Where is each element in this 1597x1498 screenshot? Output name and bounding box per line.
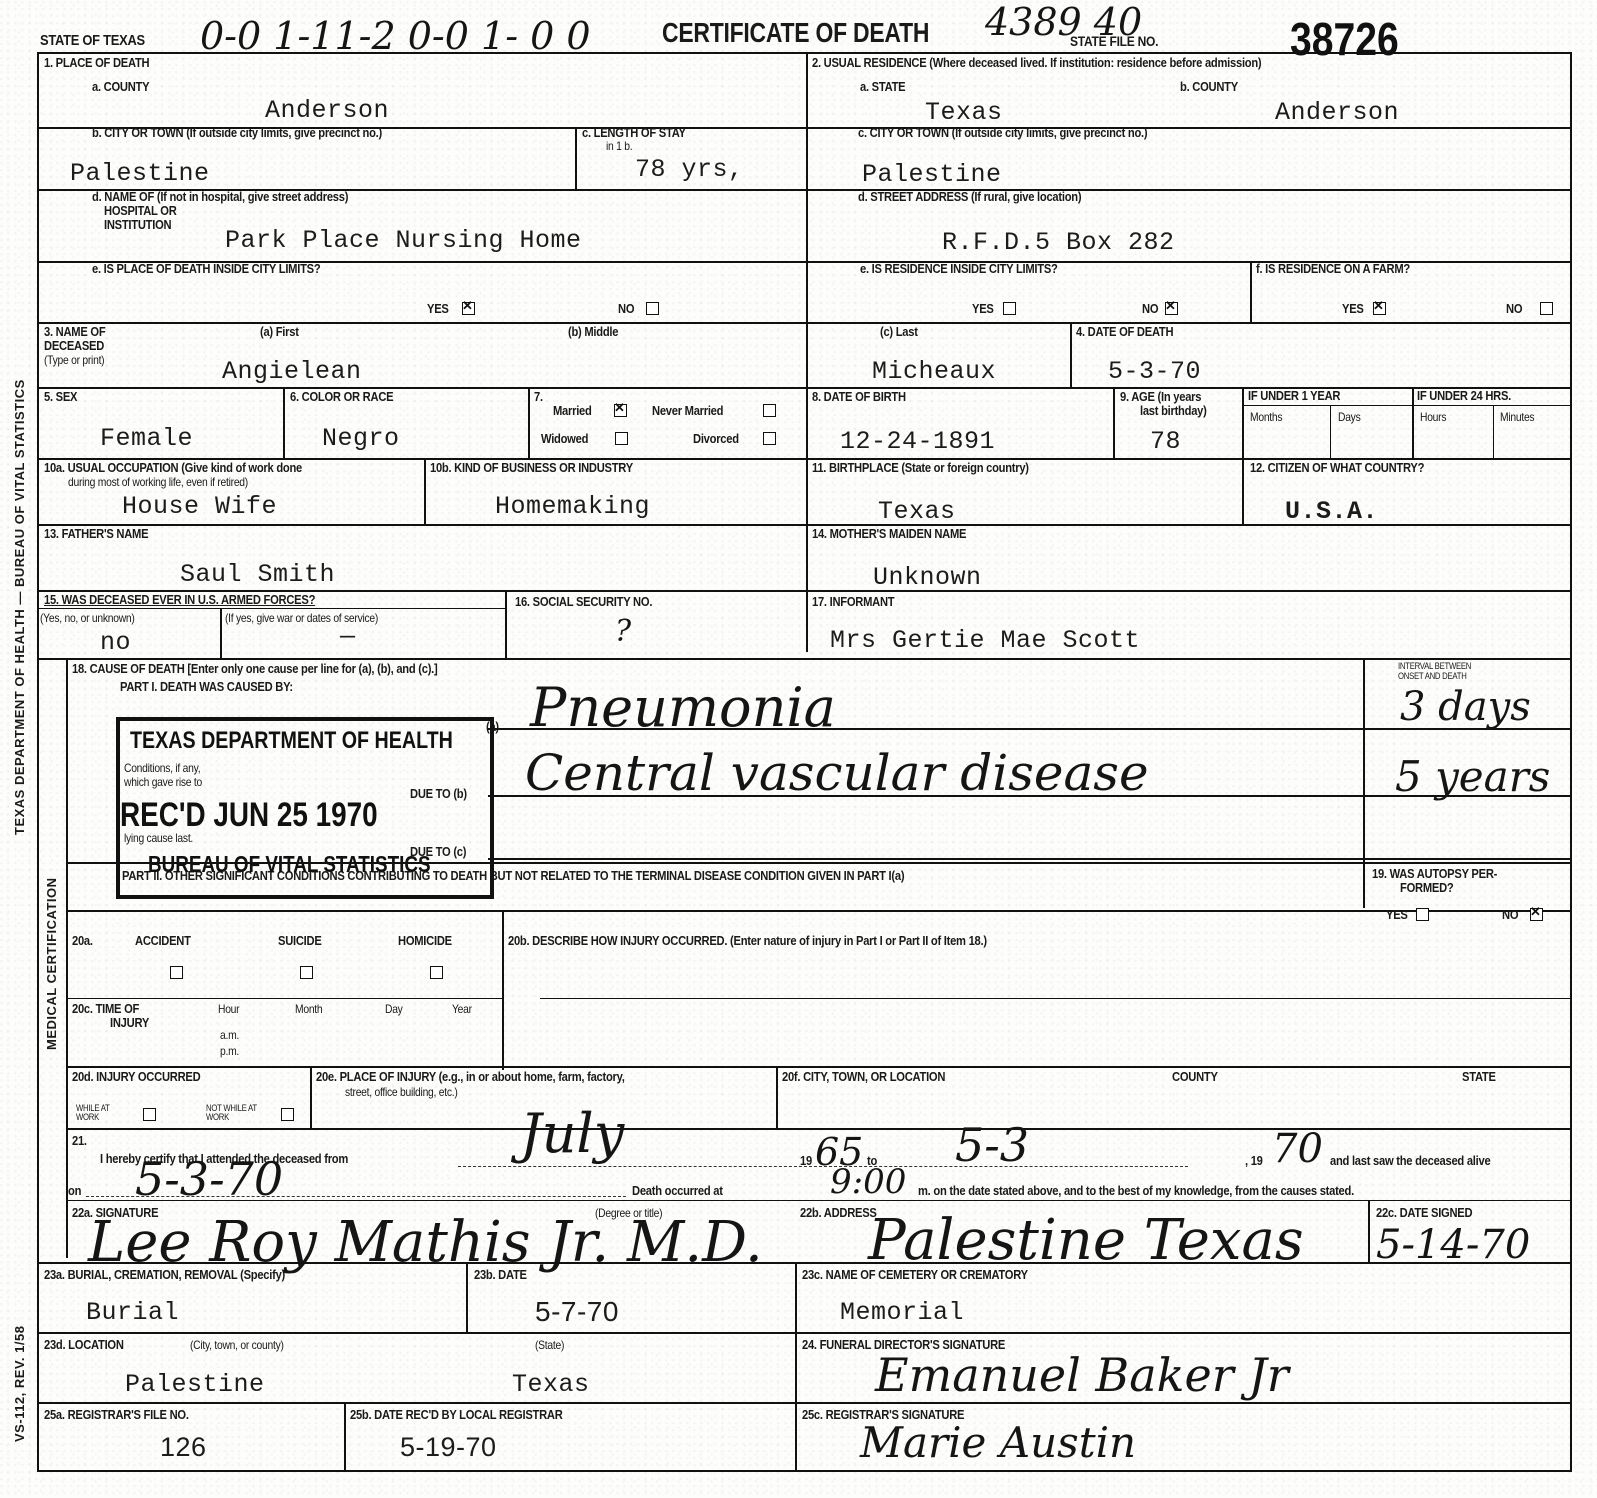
death-inside-limits-label: e. IS PLACE OF DEATH INSIDE CITY LIMITS? — [92, 262, 320, 276]
married-label: Married — [553, 404, 592, 418]
length-of-stay-sublabel: in 1 b. — [606, 139, 632, 153]
registrar-file-label: 25a. REGISTRAR'S FILE NO. — [44, 1408, 189, 1422]
death-city-value: Palestine — [70, 159, 210, 188]
ssn-label: 16. SOCIAL SECURITY NO. — [515, 595, 652, 609]
sex-label: 5. SEX — [44, 390, 77, 404]
location-label: 23d. LOCATION — [44, 1338, 124, 1352]
age-value: 78 — [1150, 427, 1181, 456]
place-of-injury-label: 20e. PLACE OF INJURY (e.g., in or about … — [316, 1070, 625, 1084]
citizen-label: 12. CITIZEN OF WHAT COUNTRY? — [1250, 461, 1424, 475]
month-label: Month — [295, 1002, 322, 1016]
interval-a-value: 3 days — [1400, 684, 1531, 730]
col-line — [502, 910, 504, 1070]
sex-value: Female — [100, 424, 193, 453]
funeral-director-signature: Emanuel Baker Jr — [875, 1348, 1289, 1402]
to-year-prefix: , 19 — [1245, 1154, 1263, 1168]
row-line — [1242, 405, 1572, 406]
col-line — [1493, 406, 1494, 458]
row-line — [37, 387, 1572, 389]
death-certificate-page: STATE OF TEXAS 0-0 1-11-2 0-0 1- 0 0 CER… — [0, 0, 1597, 1498]
registrar-file-value: 126 — [160, 1432, 207, 1463]
conditions-note-1: Conditions, if any, — [124, 761, 200, 775]
death-inside-yes-checkbox[interactable] — [462, 302, 475, 315]
col-line — [310, 1066, 312, 1128]
col-line — [1412, 387, 1414, 458]
form-number-label: VS-112, REV. 1/58 — [12, 1326, 27, 1442]
col-line — [505, 590, 507, 658]
autopsy-label: 19. WAS AUTOPSY PER- — [1372, 867, 1497, 881]
residence-county-label: b. COUNTY — [1180, 80, 1238, 94]
time-of-injury-label-2: INJURY — [110, 1016, 149, 1030]
death-inside-no-label: NO — [618, 302, 634, 316]
cemetery-label: 23c. NAME OF CEMETERY OR CREMATORY — [802, 1268, 1028, 1282]
row-line — [66, 1066, 1572, 1068]
from-year-prefix: 19 — [800, 1154, 812, 1168]
occupation-sublabel: during most of working life, even if ret… — [68, 475, 248, 489]
injury-state-label: STATE — [1462, 1070, 1496, 1084]
days-label: Days — [1338, 410, 1360, 424]
year-label: Year — [452, 1002, 472, 1016]
ssn-value: ? — [615, 614, 631, 649]
row-line — [540, 998, 1572, 999]
col-line — [528, 387, 530, 458]
suicide-label: SUICIDE — [278, 934, 322, 948]
attended-to-date: 5-3 — [955, 1118, 1029, 1172]
date-of-death-value: 5-3-70 — [1108, 357, 1201, 386]
frame-bottom — [37, 1470, 1572, 1472]
never-married-label: Never Married — [652, 404, 723, 418]
state-file-number: 38726 — [1290, 12, 1399, 66]
accident-checkbox[interactable] — [170, 966, 183, 979]
medical-section-divider — [66, 658, 68, 1258]
street-address-label: d. STREET ADDRESS (If rural, give locati… — [858, 190, 1081, 204]
homicide-label: HOMICIDE — [398, 934, 452, 948]
armed-forces-value: no — [100, 628, 131, 657]
frame-center-divider — [806, 52, 808, 652]
day-label: Day — [385, 1002, 403, 1016]
state-label: STATE OF TEXAS — [40, 34, 145, 48]
place-of-death-label: 1. PLACE OF DEATH — [44, 56, 149, 70]
col-line — [1113, 387, 1115, 458]
col-line — [344, 1402, 346, 1470]
col-line — [1070, 322, 1072, 387]
describe-injury-label: 20b. DESCRIBE HOW INJURY OCCURRED. (Ente… — [508, 934, 987, 948]
autopsy-yes-label: YES — [1386, 908, 1408, 922]
certification-item-label: 21. — [72, 1134, 87, 1148]
location-state-sublabel: (State) — [535, 1338, 564, 1352]
registrar-signature: Marie Austin — [860, 1418, 1136, 1467]
col-line — [220, 608, 222, 658]
death-inside-yes-label: YES — [427, 302, 449, 316]
informant-label: 17. INFORMANT — [812, 595, 894, 609]
minutes-label: Minutes — [1500, 410, 1534, 424]
cause-b-value: Central vascular disease — [525, 744, 1149, 802]
armed-service-value: — — [340, 622, 356, 651]
death-inside-no-checkbox[interactable] — [646, 302, 659, 315]
injury-location-label: 20f. CITY, TOWN, OR LOCATION — [782, 1070, 945, 1084]
burial-label: 23a. BURIAL, CREMATION, REMOVAL (Specify… — [44, 1268, 285, 1282]
homicide-checkbox[interactable] — [430, 966, 443, 979]
row-line — [37, 1332, 1572, 1334]
conditions-note-5: lying cause last. — [124, 831, 193, 845]
race-label: 6. COLOR OR RACE — [290, 390, 393, 404]
col-line — [466, 1262, 468, 1332]
cause-of-death-label: 18. CAUSE OF DEATH [Enter only one cause… — [72, 662, 437, 676]
farm-no-checkbox[interactable] — [1540, 302, 1553, 315]
citizen-value: U.S.A. — [1285, 497, 1378, 526]
physician-signature: Lee Roy Mathis Jr. M.D. — [88, 1210, 763, 1275]
row-line — [37, 608, 505, 609]
age-label: 9. AGE (In years — [1120, 390, 1201, 404]
county-label: a. COUNTY — [92, 80, 149, 94]
accident-label: ACCIDENT — [135, 934, 191, 948]
row-line — [66, 1200, 1572, 1201]
row-line — [37, 658, 1572, 660]
burial-value: Burial — [86, 1298, 179, 1327]
farm-yes-label: YES — [1342, 302, 1364, 316]
location-city-sublabel: (City, town, or county) — [190, 1338, 284, 1352]
business-label: 10b. KIND OF BUSINESS OR INDUSTRY — [430, 461, 633, 475]
suicide-checkbox[interactable] — [300, 966, 313, 979]
hospital-label: d. NAME OF (If not in hospital, give str… — [92, 190, 348, 204]
farm-label: f. IS RESIDENCE ON A FARM? — [1256, 262, 1410, 276]
date-of-birth-label: 8. DATE OF BIRTH — [812, 390, 906, 404]
interval-label-2: ONSET AND DEATH — [1398, 669, 1467, 683]
business-value: Homemaking — [495, 492, 650, 521]
stamp-received-date: REC'D JUN 25 1970 — [120, 796, 378, 835]
department-side-label: TEXAS DEPARTMENT OF HEALTH — BUREAU OF V… — [12, 379, 27, 835]
injury-county-label: COUNTY — [1172, 1070, 1218, 1084]
col-line — [283, 387, 285, 458]
col-line — [1242, 387, 1244, 458]
row-line — [37, 1402, 1572, 1404]
death-city-label: b. CITY OR TOWN (If outside city limits,… — [92, 126, 382, 140]
residence-state-value: Texas — [925, 98, 1003, 127]
state-file-label: STATE FILE NO. — [1070, 34, 1158, 48]
never-married-checkbox[interactable] — [763, 404, 776, 417]
attended-from-month: July — [520, 1102, 624, 1165]
last-name-value: Micheaux — [872, 357, 996, 386]
received-stamp: TEXAS DEPARTMENT OF HEALTH Conditions, i… — [116, 717, 494, 899]
residence-state-label: a. STATE — [860, 80, 905, 94]
death-occurred-label: Death occurred at — [632, 1184, 723, 1198]
on-label: on — [68, 1184, 81, 1198]
date-of-death-label: 4. DATE OF DEATH — [1076, 325, 1173, 339]
not-while-at-work-checkbox[interactable] — [281, 1108, 294, 1121]
interval-b-value: 5 years — [1395, 752, 1550, 801]
part-1-label: PART I. DEATH WAS CAUSED BY: — [120, 680, 293, 694]
autopsy-no-checkbox[interactable] — [1530, 908, 1543, 921]
date-of-birth-value: 12-24-1891 — [840, 427, 995, 456]
last-seen-date: 5-3-70 — [135, 1152, 283, 1206]
residence-city-value: Palestine — [862, 160, 1002, 189]
autopsy-no-label: NO — [1502, 908, 1518, 922]
location-state-value: Texas — [512, 1370, 590, 1399]
col-line — [575, 127, 577, 189]
col-line — [424, 458, 426, 524]
birthplace-label: 11. BIRTHPLACE (State or foreign country… — [812, 461, 1029, 475]
conditions-note-2: which gave rise to — [124, 775, 202, 789]
residence-inside-limits-label: e. IS RESIDENCE INSIDE CITY LIMITS? — [860, 262, 1058, 276]
injury-occurred-label: 20d. INJURY OCCURRED — [72, 1070, 200, 1084]
first-name-label: (a) First — [260, 325, 299, 339]
married-checkbox[interactable] — [614, 404, 627, 417]
col-line — [795, 1262, 797, 1470]
injury-type-label: 20a. — [72, 934, 93, 948]
age-label-2: last birthday) — [1140, 404, 1207, 418]
time-of-injury-label: 20c. TIME OF — [72, 1002, 139, 1016]
frame-right — [1570, 52, 1572, 1470]
under-1-year-label: IF UNDER 1 YEAR — [1248, 389, 1340, 403]
first-name-value: Angielean — [222, 357, 362, 386]
burial-date-value: 5-7-70 — [535, 1296, 619, 1328]
registrar-date-value: 5-19-70 — [400, 1432, 497, 1463]
occupation-value: House Wife — [122, 492, 277, 521]
row-line — [37, 1262, 1572, 1264]
months-label: Months — [1250, 410, 1282, 424]
residence-inside-yes-label: YES — [972, 302, 994, 316]
col-line — [1330, 406, 1331, 458]
hospital-label-3: INSTITUTION — [104, 218, 171, 232]
hour-label: Hour — [218, 1002, 239, 1016]
cemetery-value: Memorial — [840, 1298, 964, 1327]
hospital-value: Park Place Nursing Home — [225, 226, 582, 255]
am-label: a.m. — [220, 1028, 239, 1042]
mother-name-value: Unknown — [873, 563, 982, 592]
occupation-label: 10a. USUAL OCCUPATION (Give kind of work… — [44, 461, 302, 475]
cause-a-value: Pneumonia — [530, 676, 836, 739]
hospital-label-2: HOSPITAL OR — [104, 204, 177, 218]
stamp-title: TEXAS DEPARTMENT OF HEALTH — [130, 727, 453, 755]
autopsy-label-2: FORMED? — [1400, 881, 1453, 895]
attended-to-year: 70 — [1272, 1126, 1323, 1172]
certify-text-2: and last saw the deceased alive — [1330, 1154, 1490, 1168]
middle-name-label: (b) Middle — [568, 325, 618, 339]
col-line — [776, 1066, 778, 1128]
father-name-label: 13. FATHER'S NAME — [44, 527, 148, 541]
burial-date-label: 23b. DATE — [474, 1268, 527, 1282]
marital-label: 7. — [534, 390, 543, 404]
widowed-label: Widowed — [541, 432, 588, 446]
residence-inside-no-checkbox[interactable] — [1165, 302, 1178, 315]
autopsy-yes-checkbox[interactable] — [1416, 908, 1429, 921]
length-of-stay-value: 78 yrs, — [635, 155, 744, 184]
length-of-stay-label: c. LENGTH OF STAY — [582, 126, 686, 140]
address-label: 22b. ADDRESS — [800, 1206, 877, 1220]
name-label-3: (Type or print) — [44, 353, 104, 367]
not-while-at-work-label: NOT WHILE AT WORK — [206, 1104, 258, 1122]
farm-yes-checkbox[interactable] — [1373, 302, 1386, 315]
informant-value: Mrs Gertie Mae Scott — [830, 626, 1140, 655]
mother-name-label: 14. MOTHER'S MAIDEN NAME — [812, 527, 966, 541]
usual-residence-label: 2. USUAL RESIDENCE (Where deceased lived… — [812, 56, 1261, 70]
race-value: Negro — [322, 424, 400, 453]
armed-forces-label: 15. WAS DECEASED EVER IN U.S. ARMED FORC… — [44, 593, 315, 607]
divorced-checkbox[interactable] — [763, 432, 776, 445]
stamp-footer: BUREAU OF VITAL STATISTICS — [148, 851, 431, 878]
location-city-value: Palestine — [125, 1370, 265, 1399]
name-label: 3. NAME OF — [44, 325, 105, 339]
hours-label: Hours — [1420, 410, 1446, 424]
widowed-checkbox[interactable] — [615, 432, 628, 445]
while-at-work-label: WHILE AT WORK — [76, 1104, 123, 1122]
frame-top — [37, 52, 1572, 54]
birthplace-value: Texas — [878, 497, 956, 526]
place-of-injury-sublabel: street, office building, etc.) — [345, 1085, 458, 1099]
interval-column-line — [1363, 658, 1365, 908]
row-line — [66, 910, 1572, 912]
cause-line-c — [488, 858, 1572, 860]
pm-label: p.m. — [220, 1044, 239, 1058]
certificate-title: CERTIFICATE OF DEATH — [662, 18, 929, 48]
col-line — [1250, 261, 1252, 322]
residence-city-label: c. CITY OR TOWN (If outside city limits,… — [858, 126, 1147, 140]
last-name-label: (c) Last — [880, 325, 918, 339]
residence-inside-yes-checkbox[interactable] — [1003, 302, 1016, 315]
divorced-label: Divorced — [693, 432, 739, 446]
certify-text-3: m. on the date stated above, and to the … — [918, 1184, 1354, 1198]
while-at-work-checkbox[interactable] — [143, 1108, 156, 1121]
col-line — [1368, 1200, 1370, 1262]
farm-no-label: NO — [1506, 302, 1522, 316]
father-name-value: Saul Smith — [180, 560, 335, 589]
row-line — [66, 998, 502, 999]
under-24-hrs-label: IF UNDER 24 HRS. — [1417, 389, 1511, 403]
col-line — [1242, 458, 1244, 524]
street-address-value: R.F.D.5 Box 282 — [942, 228, 1175, 257]
medical-certification-label: MEDICAL CERTIFICATION — [44, 877, 59, 1050]
name-label-2: DECEASED — [44, 339, 104, 353]
death-county-value: Anderson — [265, 96, 389, 125]
frame-left — [37, 52, 39, 1470]
residence-inside-no-label: NO — [1142, 302, 1158, 316]
date-signed-label: 22c. DATE SIGNED — [1376, 1206, 1472, 1220]
death-time-value: 9:00 — [830, 1162, 906, 1202]
residence-county-value: Anderson — [1275, 98, 1399, 127]
armed-forces-sublabel: (Yes, no, or unknown) — [40, 611, 135, 625]
registrar-date-label: 25b. DATE REC'D BY LOCAL REGISTRAR — [350, 1408, 563, 1422]
